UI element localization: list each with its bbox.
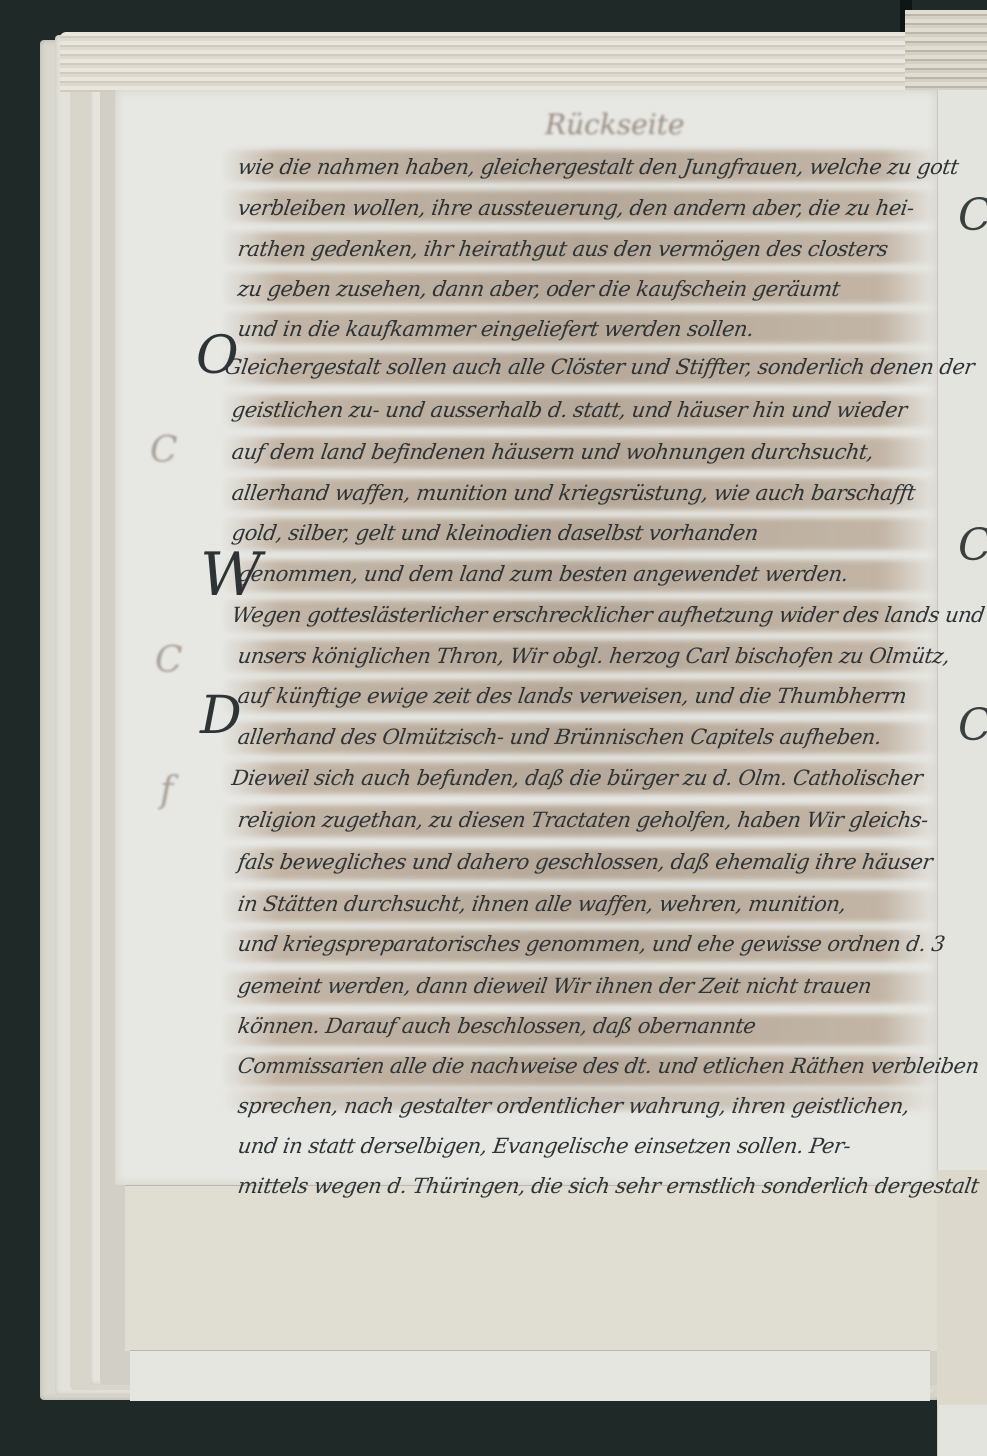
text-line: rathen gedenken, ihr heirathgut aus den … (236, 237, 889, 261)
text-line: und kriegspreparatorisches genommen, und… (236, 932, 946, 956)
manuscript-text: wie die nahmen haben, gleichergestalt de… (0, 0, 987, 1456)
text-line: auf dem land befindenen häusern und wohn… (230, 440, 875, 464)
text-line: genommen, und dem land zum besten angewe… (236, 562, 849, 586)
text-line: allerhand des Olmützisch- und Brünnische… (236, 725, 882, 749)
text-line: und in die kaufkammer eingeliefert werde… (236, 317, 755, 341)
paragraph-initial: W (200, 545, 262, 605)
text-line: religion zugethan, zu diesen Tractaten g… (236, 808, 929, 832)
text-line: gold, silber, gelt und kleinodien daselb… (230, 521, 759, 545)
text-line: verbleiben wollen, ihre aussteuerung, de… (236, 196, 915, 220)
text-line: allerhand waffen, munition und kriegsrüs… (230, 481, 916, 505)
text-line: zu geben zusehen, dann aber, oder die ka… (236, 277, 841, 301)
text-line: fals bewegliches und dahero geschlossen,… (236, 850, 933, 874)
text-line: und in statt derselbigen, Evangelische e… (236, 1134, 852, 1158)
text-line: unsers königlichen Thron, Wir obgl. herz… (236, 644, 951, 668)
text-line: sprechen, nach gestalter ordentlicher wa… (236, 1094, 910, 1118)
text-line: geistlichen zu- und ausserhalb d. statt,… (230, 398, 908, 422)
text-line: in Stätten durchsucht, ihnen alle waffen… (236, 892, 847, 916)
text-line: können. Darauf auch beschlossen, daß obe… (236, 1014, 757, 1038)
text-line: mittels wegen d. Thüringen, die sich seh… (236, 1174, 980, 1198)
text-line: Dieweil sich auch befunden, daß die bürg… (230, 766, 924, 790)
text-line: gemeint werden, dann dieweil Wir ihnen d… (236, 974, 873, 998)
text-line: Wegen gotteslästerlicher erschrecklicher… (230, 603, 986, 627)
text-line: Commissarien alle die nachweise des dt. … (236, 1054, 980, 1078)
text-line: auf künftige ewige zeit des lands verwei… (236, 684, 908, 708)
paragraph-initial: D (200, 690, 242, 742)
text-line: Gleichergestalt sollen auch alle Clöster… (223, 355, 975, 379)
text-line: wie die nahmen haben, gleichergestalt de… (236, 155, 960, 179)
